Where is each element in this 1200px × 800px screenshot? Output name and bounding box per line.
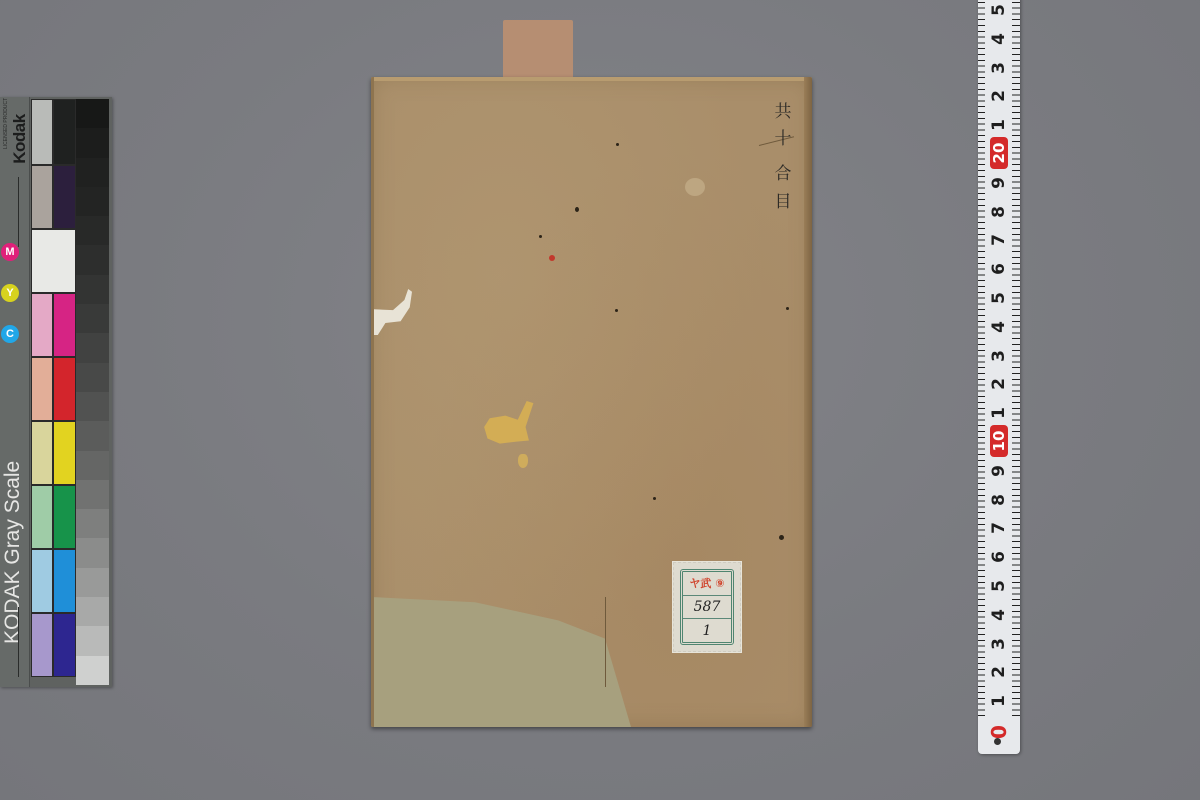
speck <box>615 309 618 312</box>
color-swatch <box>31 293 53 357</box>
ruler-number: 1 <box>989 110 1009 140</box>
gray-step <box>76 333 109 362</box>
library-call-number-label: ヤ武 ⑨ 587 1 <box>673 562 741 652</box>
gray-step <box>76 451 109 480</box>
book-back-cover: 共 十 合 目 ヤ武 ⑨ 587 1 <box>371 77 812 727</box>
speck <box>616 143 619 146</box>
gray-step <box>76 99 109 128</box>
kodak-brand-logo: Kodak <box>10 109 30 169</box>
ruler-number: 7 <box>989 513 1009 543</box>
gray-step <box>76 626 109 655</box>
label-frame: ヤ武 ⑨ 587 1 <box>680 569 734 645</box>
ruler-number: 9 <box>989 168 1009 198</box>
yellow-stain-drip <box>518 454 528 468</box>
spine-char: 共 <box>775 99 792 126</box>
color-swatch <box>53 421 76 485</box>
ruler-number: 3 <box>989 53 1009 83</box>
ruler-number: 4 <box>989 24 1009 54</box>
gray-step <box>76 538 109 567</box>
measuring-tape: 5432120987654321109876543210 <box>978 0 1020 754</box>
color-swatch <box>53 549 76 613</box>
gray-step <box>76 656 109 685</box>
crack-line <box>605 597 606 687</box>
spine-char: 合 <box>775 161 792 188</box>
light-spot <box>685 178 705 196</box>
color-swatch <box>31 485 53 549</box>
gray-step <box>76 480 109 509</box>
color-swatch <box>31 549 53 613</box>
color-swatch <box>53 165 76 229</box>
speck <box>575 207 579 212</box>
label-stamp-text: ヤ武 ⑨ <box>689 575 724 591</box>
ruler-number: 5 <box>989 283 1009 313</box>
label-row-volume: 1 <box>683 619 731 642</box>
color-swatch <box>31 229 76 293</box>
kodak-label-strip: Kodak LICENSED PRODUCT M Y C KODAK Gray … <box>0 97 30 687</box>
gray-step <box>76 275 109 304</box>
ruler-number: 8 <box>989 485 1009 515</box>
gray-step <box>76 128 109 157</box>
book-top-edge <box>371 77 812 81</box>
label-row-stamp: ヤ武 ⑨ <box>683 572 731 596</box>
ruler-number: 3 <box>989 341 1009 371</box>
ruler-number: 1 <box>989 398 1009 428</box>
kodak-divider <box>18 607 19 677</box>
ruler-number: 4 <box>989 312 1009 342</box>
color-swatch <box>53 99 76 165</box>
speck <box>786 307 789 310</box>
gray-step <box>76 392 109 421</box>
ruler-number: 7 <box>989 225 1009 255</box>
color-swatch <box>53 357 76 421</box>
spine-handwritten-title: 共 十 合 目 <box>770 99 796 216</box>
kodak-licensed-text: LICENSED PRODUCT <box>3 99 9 149</box>
gray-step <box>76 158 109 187</box>
color-swatch <box>53 613 76 677</box>
book-left-edge <box>371 77 374 727</box>
kodak-gray-scale-title: KODAK Gray Scale <box>1 424 25 644</box>
ruler-number: 5 <box>989 0 1009 25</box>
color-swatch <box>31 165 53 229</box>
gray-step <box>76 421 109 450</box>
ruler-number: 6 <box>989 542 1009 572</box>
ruler-number: 5 <box>989 571 1009 601</box>
ruler-number: 3 <box>989 629 1009 659</box>
kodak-color-target: Kodak LICENSED PRODUCT M Y C KODAK Gray … <box>0 97 112 687</box>
color-swatch <box>31 357 53 421</box>
color-swatch <box>31 99 53 165</box>
label-row-call-number: 587 <box>683 596 731 620</box>
cmy-dots: M Y C <box>0 243 22 366</box>
speck <box>779 535 784 540</box>
kodak-divider <box>18 177 19 247</box>
red-speck <box>549 255 555 261</box>
gray-scale-steps <box>76 99 109 685</box>
gray-step <box>76 245 109 274</box>
speck <box>653 497 656 500</box>
gray-step <box>76 187 109 216</box>
ruler-number: 4 <box>989 600 1009 630</box>
gray-step <box>76 509 109 538</box>
magenta-dot-icon: M <box>1 243 19 261</box>
color-swatch <box>53 485 76 549</box>
ruler-number: 2 <box>989 369 1009 399</box>
ruler-number: 6 <box>989 254 1009 284</box>
ruler-number: 2 <box>989 81 1009 111</box>
speck <box>539 235 542 238</box>
ruler-number: 1 <box>989 686 1009 716</box>
yellow-dot-icon: Y <box>1 284 19 302</box>
spine-char: 目 <box>775 189 792 216</box>
ruler-number: 8 <box>989 197 1009 227</box>
ruler-number: 0 <box>987 717 1011 747</box>
ruler-number: 10 <box>990 425 1008 457</box>
color-swatch <box>31 421 53 485</box>
gray-step <box>76 363 109 392</box>
call-number: 587 <box>694 599 721 615</box>
volume-number: 1 <box>703 623 712 639</box>
color-swatch <box>31 613 53 677</box>
gray-step <box>76 216 109 245</box>
color-swatch <box>53 293 76 357</box>
ruler-number: 2 <box>989 657 1009 687</box>
gray-step <box>76 568 109 597</box>
ruler-number: 20 <box>990 137 1008 169</box>
ruler-number: 9 <box>989 456 1009 486</box>
gray-step <box>76 597 109 626</box>
cyan-dot-icon: C <box>1 325 19 343</box>
spine-char: 十 <box>775 126 792 153</box>
book-spine-edge <box>804 77 812 727</box>
gray-step <box>76 304 109 333</box>
